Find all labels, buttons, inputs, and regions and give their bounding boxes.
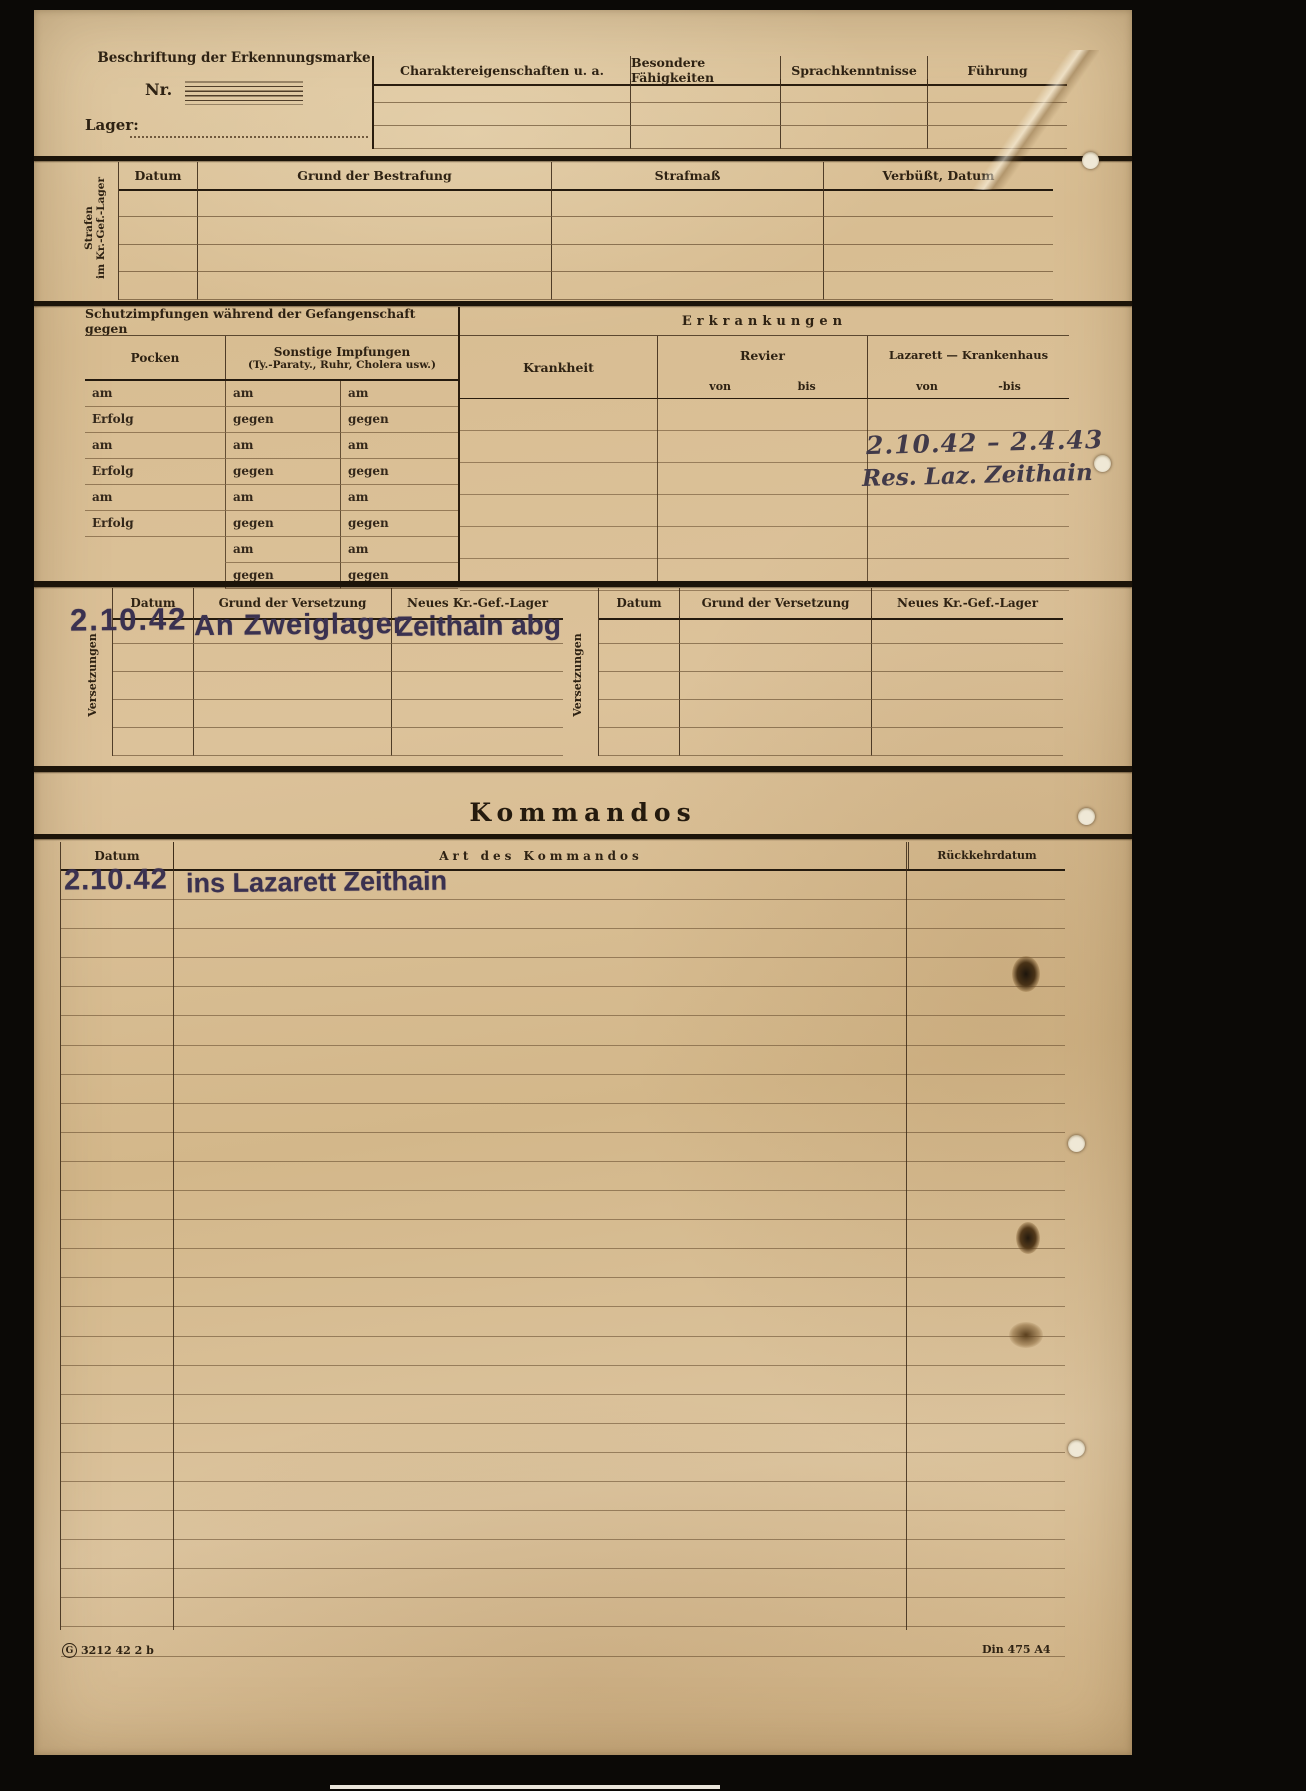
- section-rule: [34, 156, 1132, 161]
- impfungen-preprinted-label: am: [225, 485, 340, 511]
- impfungen-preprinted-label: am: [85, 485, 225, 511]
- col-strafmass: Strafmaß: [551, 162, 823, 191]
- col-lazarett-krankenhaus: Lazarett — Krankenhaus von -bis: [867, 336, 1069, 398]
- empty-cell: [679, 644, 871, 672]
- empty-cell: [391, 644, 563, 672]
- strafen-side-label-line1: Strafen: [83, 158, 95, 298]
- impfungen-preprinted-label: am: [225, 381, 340, 407]
- erkennungsmarke-label: Beschriftung der Erkennungsmarke: [94, 50, 374, 66]
- empty-cell: [113, 700, 193, 728]
- impfungen-table: Schutzimpfungen während der Gefangenscha…: [85, 307, 458, 589]
- erkrankungen-title: Erkrankungen: [460, 307, 1069, 336]
- kommandos-rows: [61, 871, 1065, 1657]
- nr-ruled-lines: [185, 78, 303, 105]
- impfungen-preprinted-label: gegen: [340, 407, 458, 433]
- stamped-kommando-date: 2.10.42: [64, 863, 168, 897]
- empty-cell: [113, 672, 193, 700]
- din-code: Din 475 A4: [982, 1643, 1051, 1656]
- empty-cell: [630, 103, 780, 126]
- kommandos-header: Datum Art des Kommandos Rückkehrdatum: [61, 842, 1065, 871]
- empty-cell: [197, 190, 551, 218]
- erkrankungen-subheader: Krankheit Revier von bis Lazarett — Kran…: [460, 336, 1069, 399]
- ruled-row: [460, 527, 1069, 559]
- ruled-row: [61, 1162, 1065, 1191]
- empty-cell: [119, 190, 197, 218]
- column-divider: [906, 842, 907, 1630]
- ruled-row: [61, 1133, 1065, 1162]
- empty-cell: [197, 272, 551, 300]
- ruled-row: [61, 1511, 1065, 1540]
- col-revier: Revier von bis: [657, 336, 867, 398]
- printer-mark-icon: G: [62, 1643, 77, 1658]
- ruled-row: [61, 1075, 1065, 1104]
- empty-cell: [679, 672, 871, 700]
- column-divider: [657, 397, 658, 583]
- col-pocken: Pocken: [85, 336, 225, 379]
- empty-cell: [871, 700, 1063, 728]
- empty-cell: [119, 245, 197, 273]
- paper-damage-spot: [1009, 1322, 1043, 1348]
- strafen-table: Datum Grund der Bestrafung Strafmaß Verb…: [118, 162, 1053, 300]
- ruled-row: [61, 1598, 1065, 1627]
- empty-cell: [599, 672, 679, 700]
- empty-cell: [197, 245, 551, 273]
- col-rueckkehrdatum: Rückkehrdatum: [908, 842, 1065, 869]
- impfungen-subheader: Pocken Sonstige Impfungen (Ty.-Paraty., …: [85, 336, 458, 381]
- stamped-transfer-date: 2.10.42: [70, 601, 188, 638]
- punch-hole: [1078, 808, 1095, 825]
- nr-label: Nr.: [145, 80, 172, 99]
- strafen-side-label-line2: im Kr.-Gef.-Lager: [95, 158, 107, 298]
- empty-cell: [679, 616, 871, 644]
- empty-cell: [197, 217, 551, 245]
- ruled-row: [61, 1016, 1065, 1045]
- scan-background: Beschriftung der Erkennungsmarke Nr. Lag…: [0, 0, 1306, 1791]
- empty-cell: [871, 616, 1063, 644]
- revier-bis-label: bis: [798, 380, 816, 393]
- punch-hole: [1068, 1440, 1085, 1457]
- impfungen-preprinted-label: am: [225, 433, 340, 459]
- ruled-row: [61, 1046, 1065, 1075]
- empty-cell: [374, 103, 630, 126]
- empty-cell: [780, 126, 927, 149]
- ruled-row: [61, 1191, 1065, 1220]
- empty-cell: [551, 217, 823, 245]
- lazarett-bis-label: -bis: [998, 380, 1021, 393]
- empty-cell: [391, 700, 563, 728]
- section-rule: [34, 834, 1132, 839]
- empty-cell: [193, 644, 391, 672]
- section-rule: [34, 581, 1132, 587]
- empty-cell: [551, 272, 823, 300]
- print-code-text: 3212 42 2 b: [81, 1644, 154, 1657]
- col-art-des-kommandos: Art des Kommandos: [173, 842, 908, 869]
- impfungen-preprinted-label: gegen: [225, 459, 340, 485]
- ruled-row: [61, 1482, 1065, 1511]
- impfungen-preprinted-label: am: [85, 433, 225, 459]
- impfungen-preprinted-label: Erfolg: [85, 511, 225, 537]
- kommandos-title: Kommandos: [34, 798, 1132, 827]
- ruled-row: [61, 1540, 1065, 1569]
- empty-cell: [193, 728, 391, 756]
- ruled-row: [61, 1424, 1065, 1453]
- stamped-transfer-reason: An Zweiglager: [194, 608, 406, 643]
- col-sonstige-impfungen: Sonstige Impfungen (Ty.-Paraty., Ruhr, C…: [225, 336, 458, 379]
- empty-cell: [193, 672, 391, 700]
- ruled-row: [61, 1627, 1065, 1656]
- ruled-row: [460, 495, 1069, 527]
- paper-crease: [969, 50, 1099, 190]
- empty-cell: [823, 190, 1053, 218]
- col-krankheit: Krankheit: [460, 336, 657, 398]
- ruled-row: [61, 1278, 1065, 1307]
- characteristics-table: Charaktereigenschaften u. a. Besondere F…: [372, 56, 1067, 149]
- empty-cell: [679, 728, 871, 756]
- empty-cell: [113, 644, 193, 672]
- stamped-kommando-text: ins Lazarett Zeithain: [186, 866, 447, 900]
- empty-cell: [679, 700, 871, 728]
- empty-cell: [780, 79, 927, 102]
- handwritten-lazarett-dates: 2.10.42 – 2.4.43: [866, 425, 1104, 460]
- empty-cell: [871, 672, 1063, 700]
- empty-cell: [551, 245, 823, 273]
- empty-cell: [630, 126, 780, 149]
- versetzungen-side-label-right: Versetzungen: [572, 615, 588, 735]
- empty-cell: [630, 79, 780, 102]
- empty-cell: [823, 217, 1053, 245]
- empty-cell: [85, 537, 225, 563]
- ruled-row: [61, 1366, 1065, 1395]
- empty-cell: [193, 700, 391, 728]
- kommandos-table: Datum Art des Kommandos Rückkehrdatum: [60, 842, 1065, 1630]
- empty-cell: [374, 79, 630, 102]
- lazarett-von-label: von: [916, 380, 938, 393]
- ruled-row: [61, 929, 1065, 958]
- ruled-row: [61, 1453, 1065, 1482]
- empty-cell: [871, 644, 1063, 672]
- column-divider: [173, 842, 174, 1630]
- impfungen-body: amamamErfolggegengegenamamamErfolggegeng…: [85, 381, 458, 589]
- impfungen-title: Schutzimpfungen während der Gefangenscha…: [85, 307, 458, 336]
- empty-cell: [119, 217, 197, 245]
- col-grund-der-bestrafung: Grund der Bestrafung: [197, 162, 551, 191]
- empty-cell: [599, 728, 679, 756]
- impfungen-preprinted-label: gegen: [340, 459, 458, 485]
- impfungen-preprinted-label: Erfolg: [85, 407, 225, 433]
- ruled-row: [61, 1104, 1065, 1133]
- paper-damage-spot: [1012, 956, 1040, 992]
- empty-cell: [551, 190, 823, 218]
- empty-cell: [823, 245, 1053, 273]
- impfungen-preprinted-label: am: [340, 537, 458, 563]
- empty-cell: [780, 103, 927, 126]
- empty-cell: [119, 272, 197, 300]
- empty-cell: [374, 126, 630, 149]
- ruled-row: [61, 1307, 1065, 1336]
- ruled-row: [61, 900, 1065, 929]
- col-datum: Datum: [119, 162, 197, 191]
- ruled-row: [61, 1249, 1065, 1278]
- empty-cell: [871, 728, 1063, 756]
- impfungen-preprinted-label: gegen: [225, 407, 340, 433]
- empty-cell: [599, 616, 679, 644]
- punch-hole: [1068, 1135, 1085, 1152]
- section-rule: [34, 766, 1132, 772]
- empty-cell: [391, 672, 563, 700]
- impfungen-preprinted-label: am: [225, 537, 340, 563]
- impfungen-preprinted-label: Erfolg: [85, 459, 225, 485]
- impfungen-preprinted-label: am: [340, 381, 458, 407]
- impfungen-preprinted-label: am: [340, 433, 458, 459]
- empty-cell: [599, 644, 679, 672]
- impfungen-preprinted-label: am: [340, 485, 458, 511]
- ruled-row: [61, 1395, 1065, 1424]
- lager-dotted-line: [130, 112, 368, 138]
- strafen-side-label: Strafen im Kr.-Gef.-Lager: [83, 158, 113, 298]
- paper-damage-spot: [1016, 1222, 1040, 1254]
- impfungen-preprinted-label: gegen: [225, 511, 340, 537]
- empty-cell: [113, 728, 193, 756]
- impfungen-preprinted-label: gegen: [340, 511, 458, 537]
- impfungen-preprinted-label: am: [85, 381, 225, 407]
- scan-edge-artifact: [330, 1785, 720, 1789]
- punch-hole: [1094, 455, 1111, 472]
- ruled-row: [61, 1337, 1065, 1366]
- stamped-transfer-camp: Zeithain abg: [396, 609, 561, 643]
- ruled-row: [460, 399, 1069, 431]
- ruled-row: [61, 958, 1065, 987]
- ruled-row: [61, 1569, 1065, 1598]
- empty-cell: [599, 700, 679, 728]
- ruled-row: [61, 1220, 1065, 1249]
- revier-von-label: von: [709, 380, 731, 393]
- empty-cell: [823, 272, 1053, 300]
- pow-record-card-back: Beschriftung der Erkennungsmarke Nr. Lag…: [34, 10, 1132, 1755]
- empty-cell: [391, 728, 563, 756]
- print-code: G 3212 42 2 b: [62, 1643, 154, 1658]
- ruled-row: [61, 987, 1065, 1016]
- versetzungen-table-right: Datum Grund der Versetzung Neues Kr.-Gef…: [598, 588, 1063, 756]
